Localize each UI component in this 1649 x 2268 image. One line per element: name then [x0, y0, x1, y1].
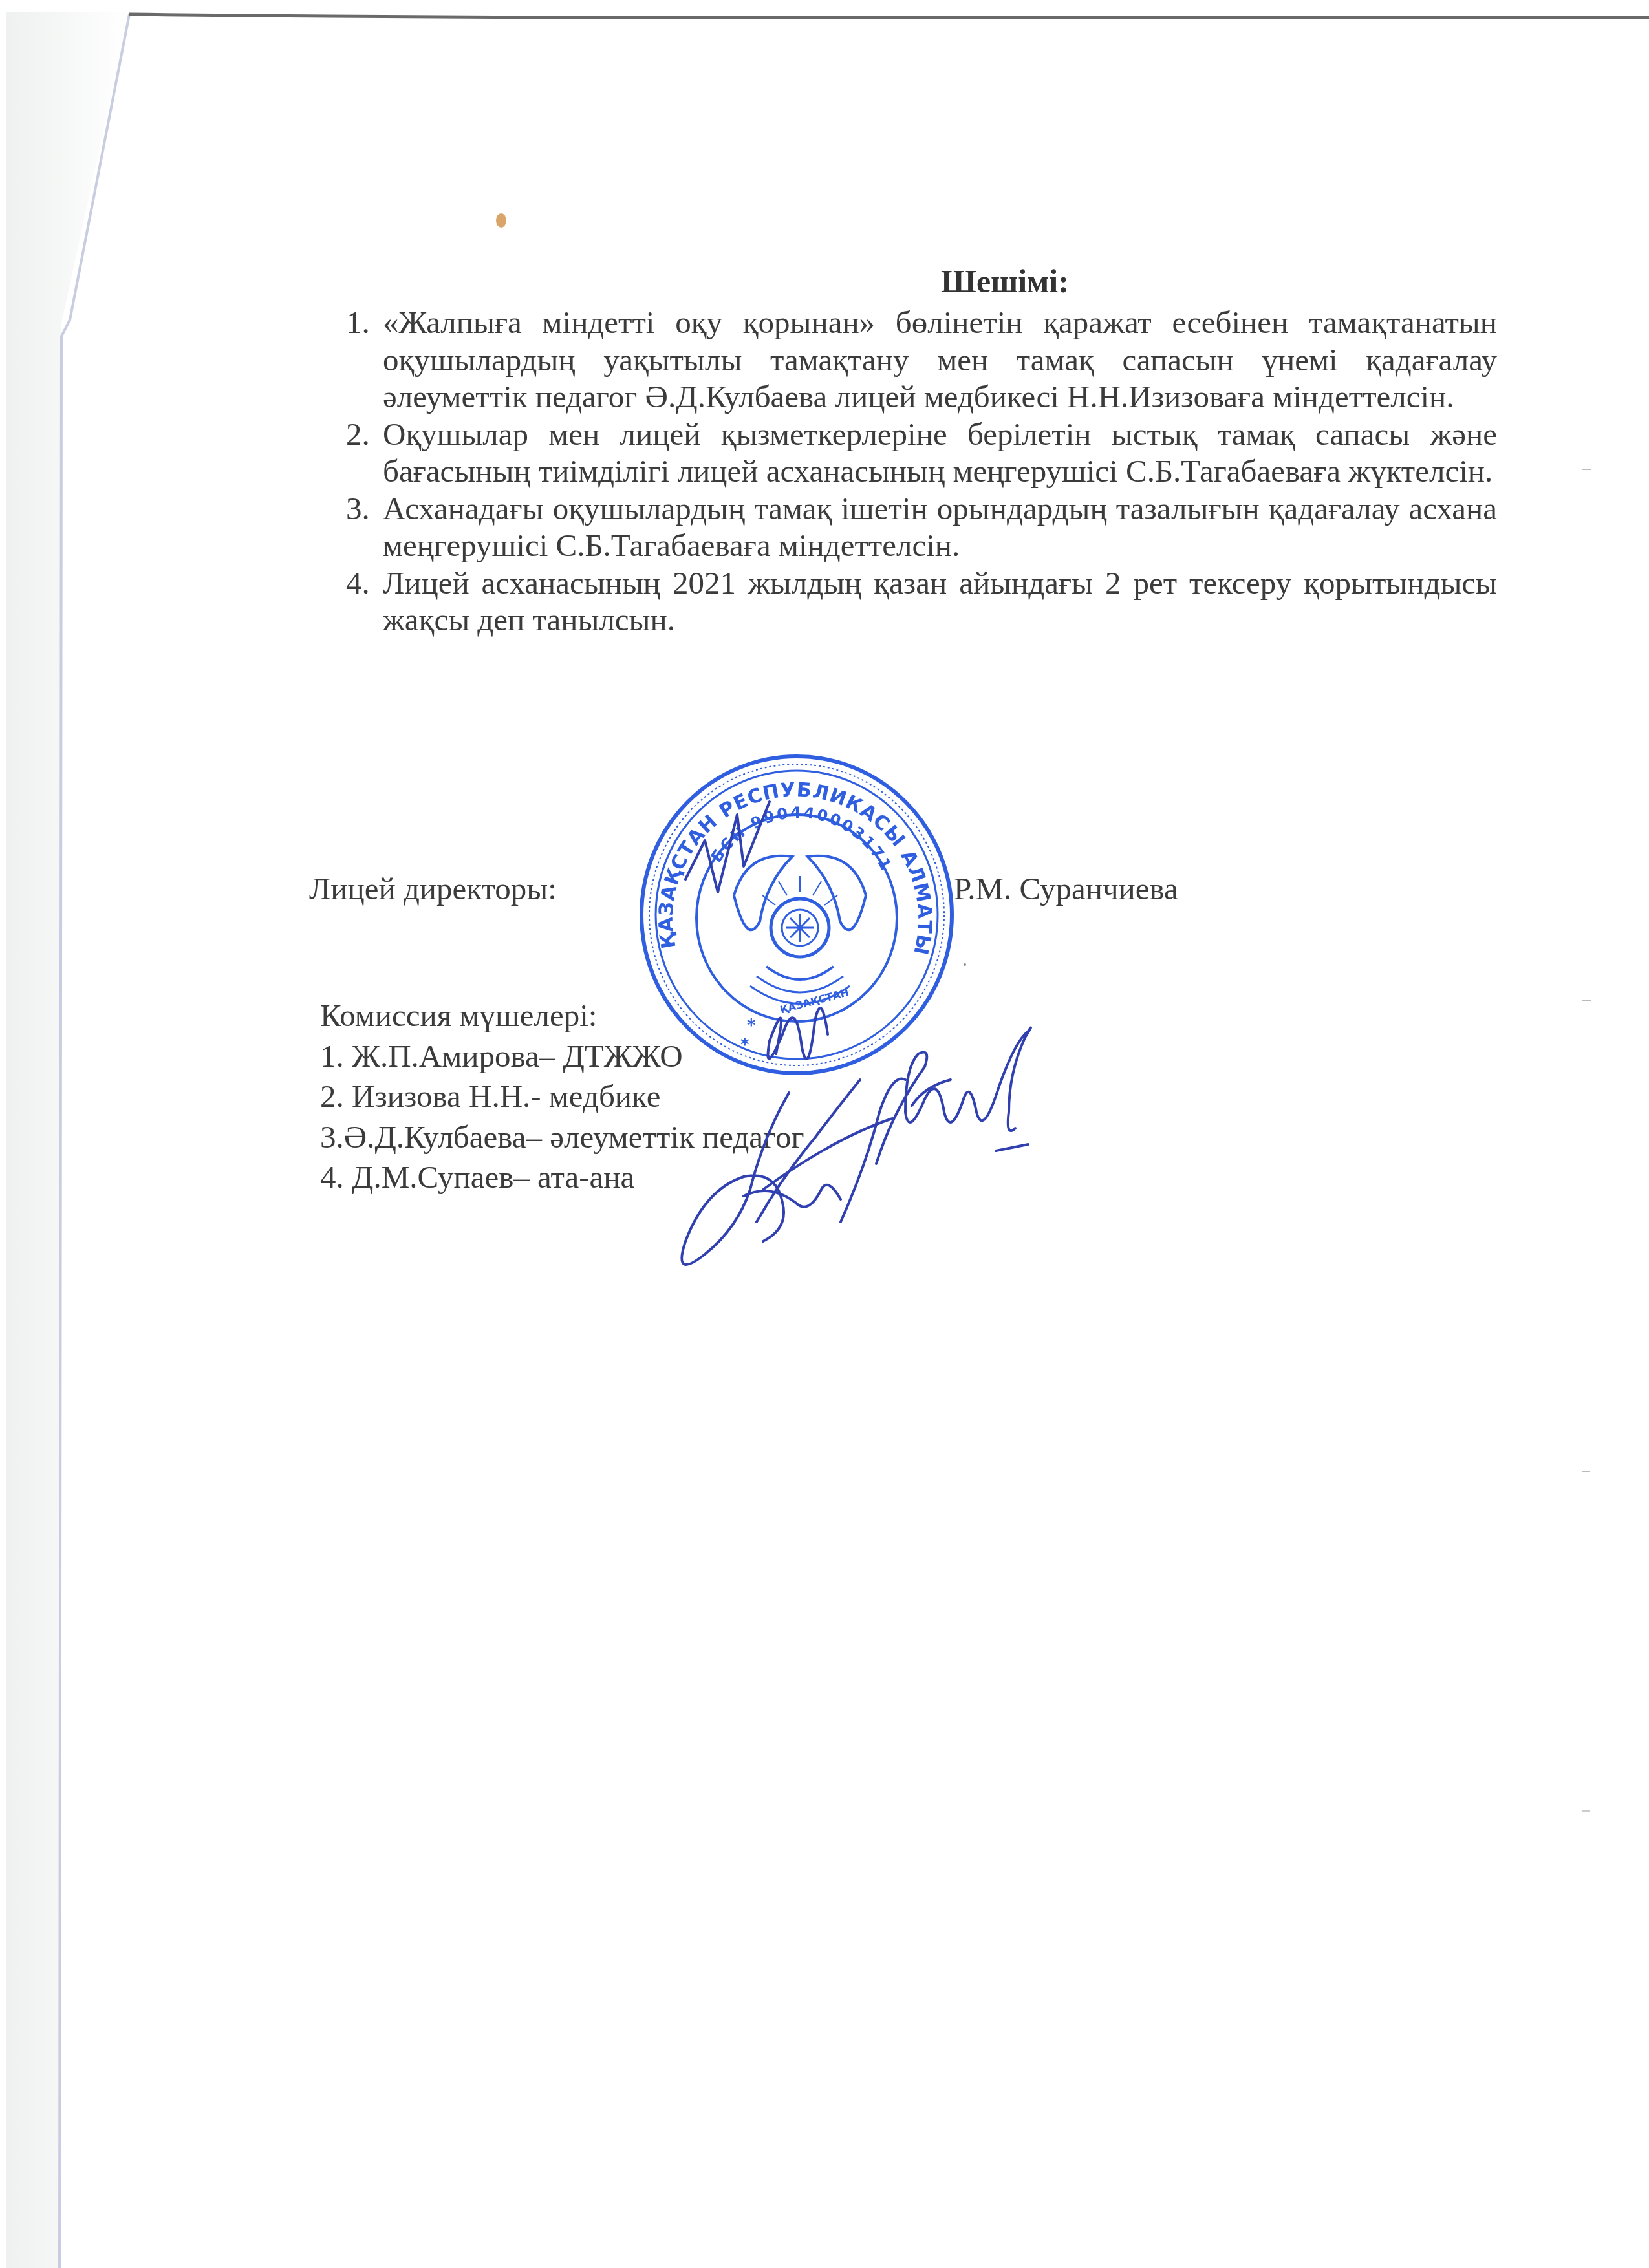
- decision-number: 3.: [346, 490, 370, 528]
- document-page: Шешімі: 1. «Жалпыға міндетті оқу қорынан…: [0, 0, 1649, 2268]
- decision-number: 4.: [346, 564, 370, 602]
- decision-item: 1. «Жалпыға міндетті оқу қорынан» бөліне…: [346, 304, 1497, 416]
- decision-text: «Жалпыға міндетті оқу қорынан» бөлінетін…: [383, 304, 1497, 416]
- scan-speck: [1582, 469, 1591, 470]
- decision-number: 1.: [346, 304, 370, 341]
- decision-text: Лицей асханасының 2021 жылдың қазан айын…: [383, 564, 1497, 639]
- decision-item: 2. Оқушылар мен лицей қызметкерлеріне бе…: [346, 416, 1497, 490]
- decision-number: 2.: [346, 416, 370, 453]
- scan-speck: [1582, 1471, 1590, 1472]
- signatures-icon: [647, 776, 1099, 1293]
- decision-text: Асханадағы оқушылардың тамақ ішетін орын…: [383, 490, 1497, 564]
- decision-list: 1. «Жалпыға міндетті оқу қорынан» бөліне…: [346, 304, 1497, 639]
- decision-item: 4. Лицей асханасының 2021 жылдың қазан а…: [346, 564, 1497, 639]
- scan-speck: [1582, 1000, 1591, 1001]
- decision-title: Шешімі:: [941, 262, 1069, 301]
- decision-text: Оқушылар мен лицей қызметкерлеріне беріл…: [383, 416, 1497, 490]
- scan-speck: [1582, 1810, 1590, 1812]
- scan-speck: [964, 963, 966, 966]
- decision-item: 3. Асханадағы оқушылардың тамақ ішетін о…: [346, 490, 1497, 564]
- director-label: Лицей директоры:: [309, 870, 557, 908]
